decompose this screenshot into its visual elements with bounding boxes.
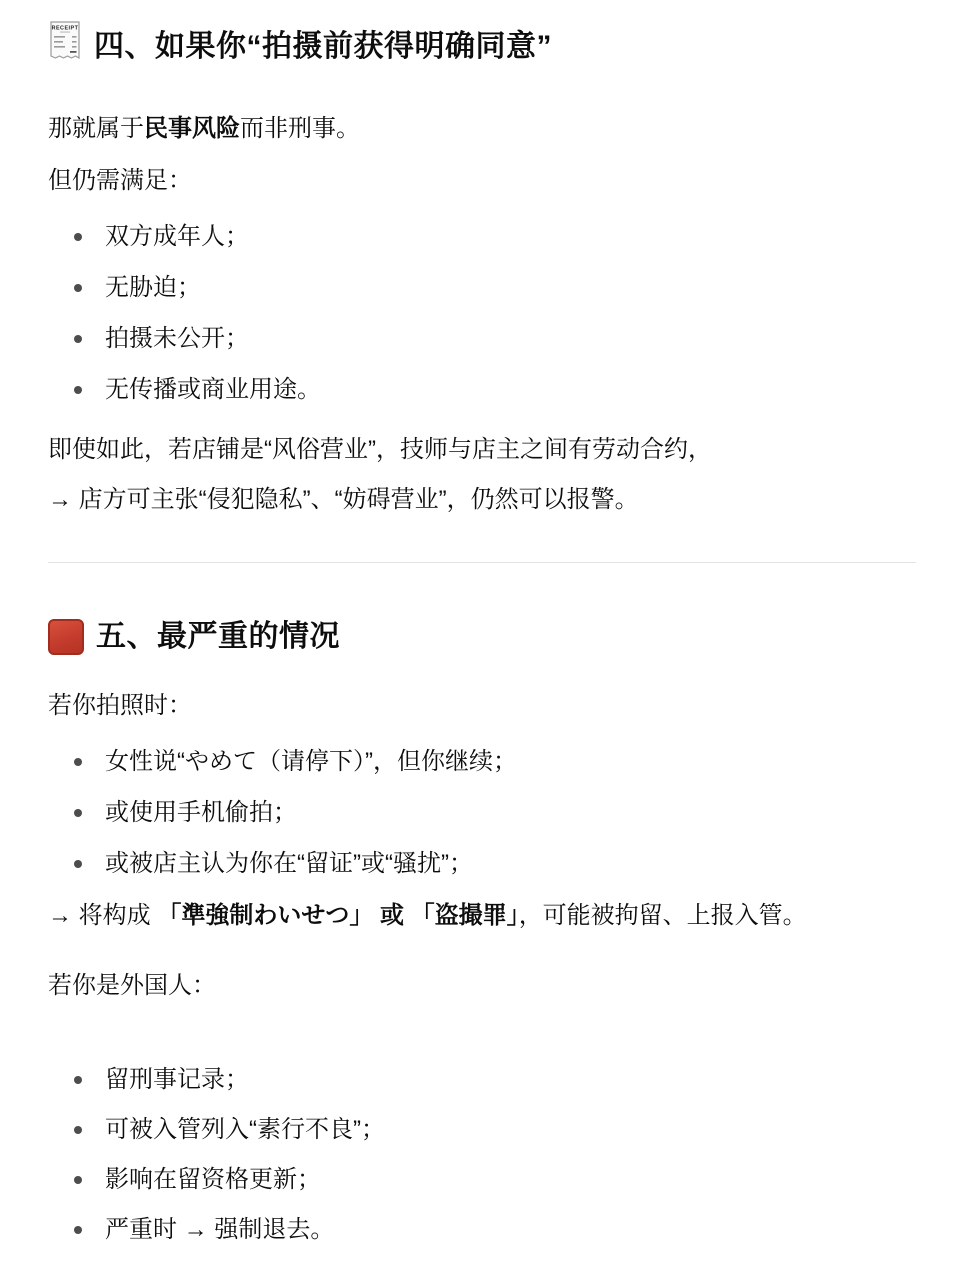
document-page: RECEIPT 四、如果你“拍摄前获得明确同意” 那就属于民事风险而非刑事。 但…: [0, 0, 964, 1246]
list-item: 可被入管列入“素行不良”；: [48, 1114, 916, 1146]
conditions-list: 双方成年人； 无胁迫； 拍摄未公开； 无传播或商业用途。: [48, 221, 916, 406]
text-run-bold: 民事风险: [144, 115, 240, 142]
text-run: 而非刑事。: [240, 115, 360, 142]
list-item: 双方成年人；: [48, 221, 916, 253]
text-run: → 店方可主张“侵犯隐私”、“妨碍营业”，仍然可以报警。: [48, 486, 639, 513]
list-item: 拍摄未公开；: [48, 323, 916, 355]
list-item: 无传播或商业用途。: [48, 374, 916, 406]
section-consent: RECEIPT 四、如果你“拍摄前获得明确同意” 那就属于民事风险而非刑事。 但…: [48, 20, 916, 525]
receipt-icon: RECEIPT: [48, 20, 82, 73]
list-item: 严重时 → 强制退去。: [48, 1214, 916, 1246]
section-consent-heading: RECEIPT 四、如果你“拍摄前获得明确同意”: [48, 20, 916, 73]
list-item: 无胁迫；: [48, 272, 916, 304]
text-run: → 将构成: [48, 902, 157, 929]
list-item: 或被店主认为你在“留证”或“骚扰”；: [48, 848, 916, 880]
paragraph-conditions-intro: 但仍需满足：: [48, 165, 916, 197]
list-item: 影响在留资格更新；: [48, 1164, 916, 1196]
paragraph-civil-risk: 那就属于民事风险而非刑事。: [48, 113, 916, 145]
list-item: 女性说“やめて（请停下）”，但你继续；: [48, 746, 916, 778]
paragraph-foreigner-intro: 若你是外国人：: [48, 970, 916, 1002]
list-item: 留刑事记录；: [48, 1064, 916, 1096]
section-consent-title: 四、如果你“拍摄前获得明确同意”: [94, 25, 552, 69]
paragraph-even-so: 即使如此，若店铺是“风俗营业”，技师与店主之间有劳动合约，→ 店方可主张“侵犯隐…: [48, 425, 916, 525]
foreigner-consequences-list: 留刑事记录； 可被入管列入“素行不良”； 影响在留资格更新； 严重时 → 强制退…: [48, 1064, 916, 1246]
text-run: 即使如此，若店铺是“风俗营业”，技师与店主之间有劳动合约，: [48, 436, 712, 463]
section-worst-case: 五、最严重的情况 若你拍照时： 女性说“やめて（请停下）”，但你继续； 或使用手…: [48, 615, 916, 1246]
paragraph-offense: → 将构成 「準強制わいせつ」 或 「盗撮罪」，可能被拘留、上报入管。: [48, 900, 916, 932]
text-run: ，可能被拘留、上报入管。: [519, 902, 807, 929]
svg-text:RECEIPT: RECEIPT: [52, 26, 79, 32]
list-item: 或使用手机偷拍；: [48, 797, 916, 829]
paragraph-when-shooting: 若你拍照时：: [48, 690, 916, 722]
section-worst-case-heading: 五、最严重的情况: [48, 615, 916, 659]
section-divider: [48, 562, 916, 563]
text-run: 那就属于: [48, 115, 144, 142]
text-run-bold: 「準強制わいせつ」 或 「盗撮罪」: [157, 902, 518, 929]
risk-scenarios-list: 女性说“やめて（请停下）”，但你继续； 或使用手机偷拍； 或被店主认为你在“留证…: [48, 746, 916, 880]
red-square-icon: [48, 619, 84, 655]
section-worst-case-title: 五、最严重的情况: [96, 615, 340, 659]
